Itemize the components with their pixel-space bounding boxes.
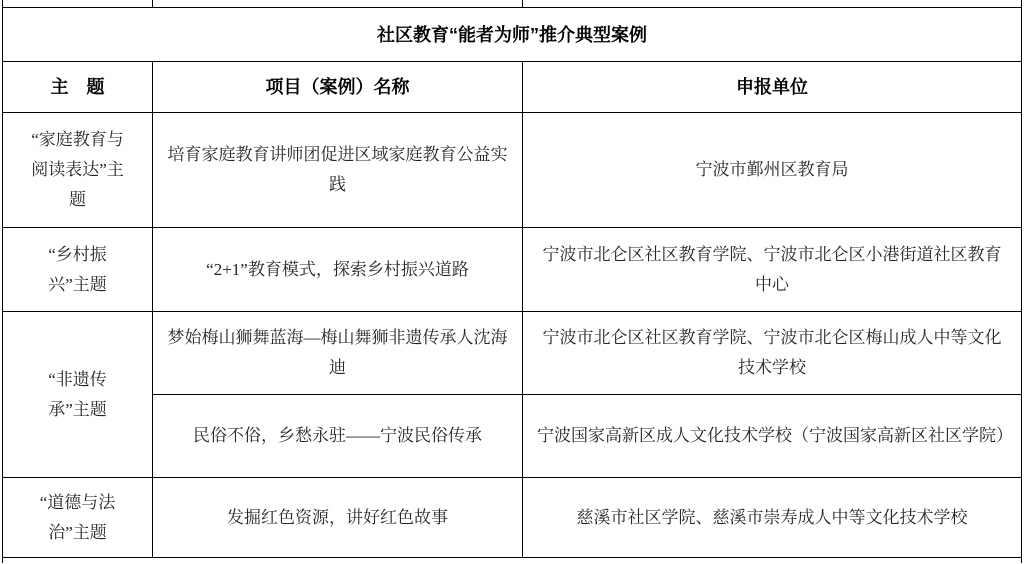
unit-cell: 慈溪市社区学院、慈溪市崇寿成人中等文化技术学校 xyxy=(523,478,1022,558)
project-cell: 培育家庭教育讲师团促进区域家庭教育公益实践 xyxy=(153,113,523,228)
table-row: 民俗不俗，乡愁永驻——宁波民俗传承 宁波国家高新区成人文化技术学校（宁波国家高新… xyxy=(3,395,1022,478)
cropped-cell xyxy=(3,0,153,8)
project-cell: 发掘红色资源，讲好红色故事 xyxy=(153,478,523,558)
unit-cell: 宁波国家高新区成人文化技术学校（宁波国家高新区社区学院） xyxy=(523,395,1022,478)
table-row: “乡村振兴”主题 “2+1”教育模式，探索乡村振兴道路 宁波市北仑区社区教育学院… xyxy=(3,228,1022,312)
col-header-project: 项目（案例）名称 xyxy=(153,62,523,113)
project-cell: “2+1”教育模式，探索乡村振兴道路 xyxy=(153,228,523,312)
unit-cell: 宁波市北仑区社区教育学院、宁波市北仑区梅山成人中等文化技术学校 xyxy=(523,312,1022,395)
unit-cell: 宁波市北仑区社区教育学院、宁波市北仑区小港街道社区教育中心 xyxy=(523,228,1022,312)
header-row: 主 题 项目（案例）名称 申报单位 xyxy=(3,62,1022,113)
cropped-cell xyxy=(153,0,523,8)
table-row: “家庭教育与阅读表达”主题 培育家庭教育讲师团促进区域家庭教育公益实践 宁波市鄞… xyxy=(3,113,1022,228)
page: 社区教育“能者为师”推介典型案例 主 题 项目（案例）名称 申报单位 “家庭教育… xyxy=(0,0,1025,564)
col-header-unit: 申报单位 xyxy=(523,62,1022,113)
table-row: “非遗传承”主题 梦始梅山狮舞蓝海—梅山舞狮非遗传承人沈海迪 宁波市北仑区社区教… xyxy=(3,312,1022,395)
cropped-cell xyxy=(3,558,1022,564)
cropped-cell xyxy=(523,0,1022,8)
table-title: 社区教育“能者为师”推介典型案例 xyxy=(3,8,1022,62)
col-header-theme: 主 题 xyxy=(3,62,153,113)
project-cell: 民俗不俗，乡愁永驻——宁波民俗传承 xyxy=(153,395,523,478)
theme-cell: “道德与法治”主题 xyxy=(3,478,153,558)
theme-cell: “乡村振兴”主题 xyxy=(3,228,153,312)
theme-cell: “非遗传承”主题 xyxy=(3,312,153,478)
unit-cell: 宁波市鄞州区教育局 xyxy=(523,113,1022,228)
project-cell: 梦始梅山狮舞蓝海—梅山舞狮非遗传承人沈海迪 xyxy=(153,312,523,395)
case-table: 社区教育“能者为师”推介典型案例 主 题 项目（案例）名称 申报单位 “家庭教育… xyxy=(2,0,1022,563)
table-row: “道德与法治”主题 发掘红色资源，讲好红色故事 慈溪市社区学院、慈溪市崇寿成人中… xyxy=(3,478,1022,558)
theme-cell: “家庭教育与阅读表达”主题 xyxy=(3,113,153,228)
title-row: 社区教育“能者为师”推介典型案例 xyxy=(3,8,1022,62)
cropped-row-top xyxy=(3,0,1022,8)
cropped-row-bottom xyxy=(3,558,1022,564)
